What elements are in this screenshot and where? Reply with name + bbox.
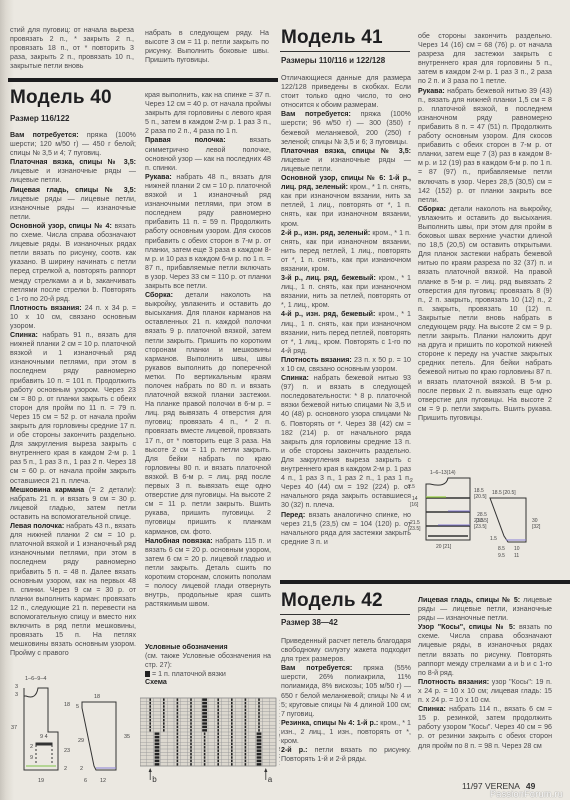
model40-paragraph: Лицевая гладь, спицы № 3,5: лицевые ряды… [10,186,136,222]
model40-paragraph: Сборка: детали наколоть на выкройку, увл… [145,291,271,537]
svg-text:9.5: 9.5 [498,553,505,559]
scheme-row-number: 1 [279,761,280,767]
model42-heading: 2-й р.: [281,746,307,754]
scheme-row-number: 17 [279,706,280,712]
model40-paragraph: Платочная вязка, спицы № 3,5: лицевые и … [10,158,136,185]
svg-text:5: 5 [76,704,79,710]
model40-heading: Платочная вязка, спицы № 3,5: [10,158,136,166]
legend-block: Условные обозначения (см. также Условные… [145,643,271,679]
col2-top-text: набрать в следующем ряду. На высоте 3 см… [145,29,269,65]
model41-paragraph: Основной узор, спицы № 6: 1-й р., лиц. р… [281,174,411,229]
svg-text:12: 12 [100,778,106,784]
scheme-arrow-label: b [152,775,157,784]
model40-heading: Сборка: [145,291,173,299]
svg-text:9: 9 [30,755,33,761]
model41-col4-text: обе стороны закончить раздельно. Через 1… [418,32,552,423]
svg-text:9 4: 9 4 [40,734,48,740]
model41-heading: Спинка: [281,374,309,382]
model40-heading: Основной узор, спицы № 4: [10,222,112,230]
model42-heading: Вам потребуется: [281,664,352,672]
svg-text:[23.5]: [23.5] [474,524,487,530]
model41-heading: 3-й р., лиц. ряд, бежевый: [281,274,376,282]
model42-paragraph: Приведенный расчет петель благодаря своб… [281,637,411,664]
scheme-row-number: 11 [279,727,280,733]
model41-paragraph: Сборка: детали наколоть на выкройку, увл… [418,205,552,423]
svg-text:2: 2 [30,744,33,750]
model41-paragraph: Отличающиеся данные для размера 122/128 … [281,74,411,110]
model41-paragraph: Спинка: набрать бежевой нитью 93 (97) п.… [281,374,411,510]
model41-heading: Плотность вязания: [281,356,352,364]
model40-paragraph: края выполнить, как на спинке = 37 п. Че… [145,91,271,136]
col1-top-text: стий для пуговиц: от начала выреза провя… [10,26,134,71]
model40-heading: Лицевая гладь, спицы № 3,5: [10,186,136,194]
model40-paragraph: Правая полочка: вязать симметрично левой… [145,136,271,172]
stitch-square-icon [145,671,150,677]
svg-text:2.5: 2.5 [408,484,415,490]
svg-text:1.5: 1.5 [490,536,497,542]
model40-heading: Рукава: [145,173,172,181]
model42-col4-text: Лицевая гладь, спицы № 5: лицевые ряды —… [418,596,552,751]
divider-rule-2 [280,580,570,584]
svg-text:1–6–9–4: 1–6–9–4 [25,676,46,682]
model40-paragraph: Спинка: набрать 91 п., вязать для нижней… [10,331,136,486]
model41-heading: Рукава: [418,87,445,95]
model40-front-diagram: 1–6–9–4 33 37 18 23 2 9 4 29 19 [4,672,74,800]
model41-paragraph: 3-й р., лиц. ряд, бежевый: кром., * 1 ли… [281,274,411,310]
model40-paragraph: Плотность вязания: 24 п. х 34 р. = 10 х … [10,304,136,331]
model42-heading: Спинка: [418,705,446,713]
model42-paragraph: Спинка: набрать 114 п., вязать 6 см = 15… [418,705,552,750]
model41-size: Размеры 110/116 и 122/128 [281,56,385,65]
model41-paragraph: Платочная вязка, спицы № 3,5: лицевые и … [281,147,411,174]
model42-paragraph: Плотность вязания: узор "Косы": 19 п. х … [418,678,552,705]
model41-heading: Сборка: [418,205,446,213]
knitting-scheme-chart: 191715131197531ba [140,690,280,800]
model41-heading: 4-й р., изн. ряд, бежевый: [281,310,375,318]
model41-col3-text: Отличающиеся данные для размера 122/128 … [281,74,411,547]
model42-underline [280,614,410,615]
scheme-row-number: 5 [279,747,280,753]
model42-heading: Резинка, спицы № 4: 1-й р.: [281,719,378,727]
model40-heading: Левая полочка: [10,522,64,530]
svg-text:8.5: 8.5 [498,546,505,552]
model41-paragraph: обе стороны закончить раздельно. Через 1… [418,32,552,87]
model41-paragraph: Вам потребуется: пряжа (100% шерсти; 96 … [281,110,411,146]
model40-heading: Плотность вязания: [10,304,82,312]
scheme-row-number: 7 [279,740,280,746]
svg-text:2: 2 [64,766,67,772]
legend-title: Условные обозначения [145,643,271,652]
svg-text:2: 2 [80,766,83,772]
model41-paragraph: 4-й р., изн. ряд, бежевый: кром., * 1 ли… [281,310,411,355]
model41-sleeve-diagram: 18.5 [20.5] 30[32] 1.5 8.510 9.511 [488,490,570,562]
model42-paragraph: 2-й р.: петли вязать по рисунку. Повторя… [281,746,411,764]
model40-size: Размер 116/122 [10,114,70,123]
model40-heading: Правая полочка: [145,136,226,144]
model41-title: Модель 41 [281,27,383,49]
svg-text:1–6–13(14): 1–6–13(14) [430,470,456,476]
svg-text:18: 18 [64,702,70,708]
model41-heading: Перед: [281,511,305,519]
scheme-arrow-label: a [268,775,273,784]
model42-heading: Лицевая гладь, спицы № 5: [418,596,520,604]
model40-paragraph: Мешковина кармана (= 2 детали): набрать … [10,486,136,522]
svg-text:10: 10 [514,546,520,552]
svg-text:6: 6 [84,778,87,784]
svg-text:23: 23 [64,748,70,754]
model41-paragraph: Плотность вязания: 23 п. х 50 р. = 10 х … [281,356,411,374]
model40-paragraph: Основной узор, спицы № 4: вязать по схем… [10,222,136,304]
model41-paragraph: Перед: вязать аналогично спинке, но чере… [281,511,411,547]
model41-underline [280,51,410,52]
model41-sleeve-label: 28.5[30.5] [474,512,490,524]
model40-heading: Мешковина кармана [10,486,84,494]
model42-col3-text: Приведенный расчет петель благодаря своб… [281,637,411,764]
model42-paragraph: Резинка, спицы № 4: 1-й р.: кром., * 1 и… [281,719,411,746]
model40-heading: Спинка: [10,331,38,339]
scheme-row-number: 3 [279,754,280,760]
model40-col1-text: Вам потребуется: пряжа (100% шерсти; 120… [10,131,136,658]
model40-heading: Вам потребуется: [10,131,79,139]
svg-text:35: 35 [124,734,130,740]
model42-paragraph: Лицевая гладь, спицы № 5: лицевые ряды —… [418,596,552,623]
svg-text:18: 18 [94,694,100,700]
svg-text:[32]: [32] [532,524,541,530]
model40-paragraph: Рукава: набрать 48 п., вязать для нижней… [145,173,271,291]
svg-text:3: 3 [15,684,18,690]
model40-title: Модель 40 [10,87,112,109]
model40-paragraph: Левая полочка: набрать 43 п., вязать для… [10,522,136,658]
svg-text:37: 37 [11,725,17,731]
model41-paragraph: 2-й р., изн. ряд, зеленый: кром., * 1 п.… [281,229,411,274]
legend-note: (см. также Условные обозначения на стр. … [145,652,271,670]
model42-heading: Плотность вязания: [418,678,489,686]
svg-text:3: 3 [15,692,18,698]
model40-paragraph: Вам потребуется: пряжа (100% шерсти; 120… [10,131,136,158]
magazine-page: стий для пуговиц: от начала выреза провя… [0,0,570,800]
model42-paragraph: Узор "Косы", спицы № 5: вязать по схеме.… [418,623,552,678]
svg-text:19: 19 [38,778,44,784]
model42-heading: Узор "Косы", спицы № 5: [418,623,515,631]
svg-text:18.5 [20.5]: 18.5 [20.5] [492,490,516,496]
scheme-row-number: 13 [279,720,280,726]
scheme-row-number: 9 [279,733,280,739]
svg-text:11: 11 [514,553,519,559]
scheme-row-number: 19 [279,699,280,705]
scheme-row-number: 15 [279,713,280,719]
model40-col2-text: края выполнить, как на спинке = 37 п. Че… [145,91,271,609]
model42-paragraph: Вам потребуется: пряжа (55% шерсти, 26% … [281,664,411,719]
model41-heading: 2-й р., изн. ряд, зеленый: [281,229,370,237]
model41-paragraph: Рукава: набрать бежевой нитью 39 (43) п.… [418,87,552,205]
svg-text:[23.5]: [23.5] [408,526,421,532]
svg-text:[20.5]: [20.5] [474,494,487,500]
model42-size: Размер 38—42 [281,618,338,627]
model40-sleeve-diagram: 18 5 29 35 2 612 [76,694,140,794]
model40-paragraph: Налобная повязка: набрать 115 п. и вязат… [145,537,271,610]
model40-heading: Налобная повязка: [145,537,213,545]
divider-rule [8,78,278,82]
model41-heading: Вам потребуется: [281,110,351,118]
svg-text:[16]: [16] [410,502,419,508]
model42-title: Модель 42 [281,590,383,612]
svg-text:29: 29 [78,738,84,744]
model41-heading: Платочная вязка, спицы № 3,5: [281,147,411,155]
svg-text:20 [21]: 20 [21] [436,544,452,550]
watermark: PassionForum.ru [490,789,563,799]
scheme-title: Схема [145,678,205,687]
